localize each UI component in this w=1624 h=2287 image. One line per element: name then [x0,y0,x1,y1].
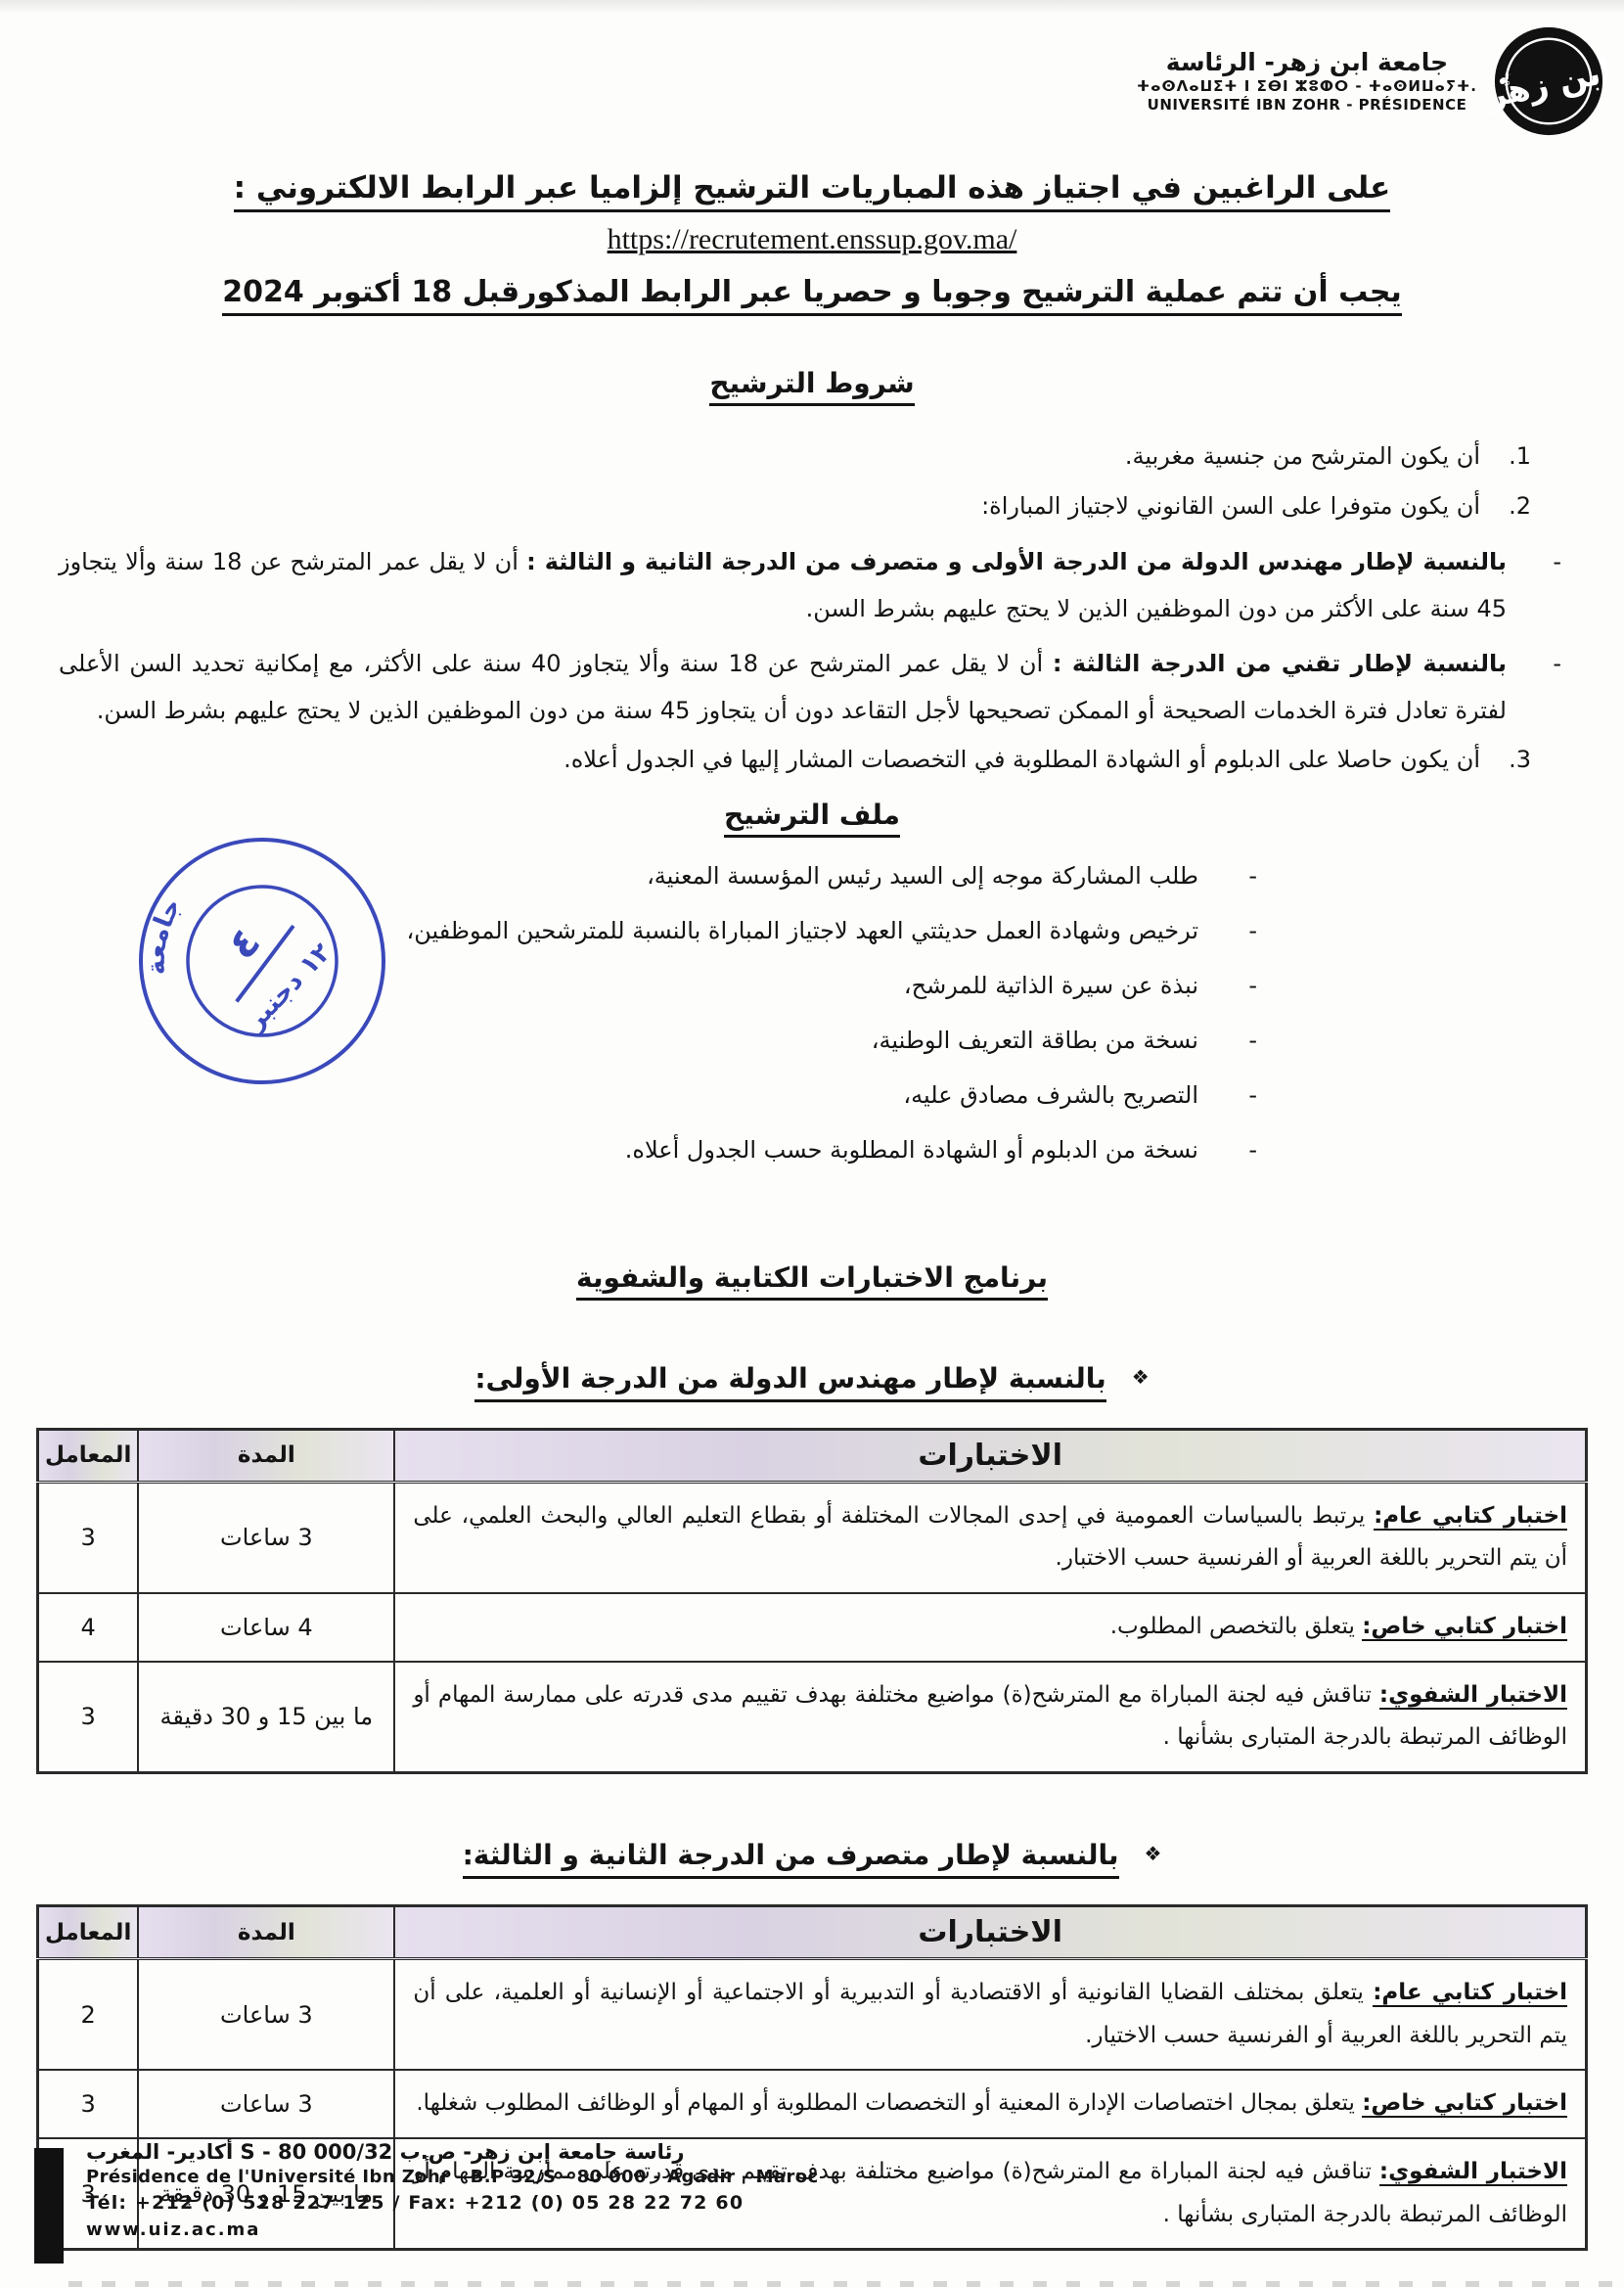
column-header-coefficient: المعامل [38,1906,139,1959]
table-row: اختبار كتابي خاص: يتعلق بالتخصص المطلوب.… [38,1593,1587,1662]
dossier-item-text: نسخة من بطاقة التعريف الوطنية، [872,1023,1198,1058]
blue-ink-stamp: جامعة ابن زهر ★ الرئاسة ★ ٤ ١٢ دجنبر [108,806,417,1116]
diamond-bullet-icon: ❖ [1145,1842,1162,1865]
test-coefficient: 4 [38,1593,139,1662]
program-subheading-engineer: ❖ بالنسبة لإطار مهندس الدولة من الدرجة ا… [0,1362,1624,1402]
scan-artifact-top [0,0,1624,14]
dash-marker: - [1198,1023,1257,1058]
dash-marker: - [1198,1077,1257,1113]
document-page: جامعة ابن زهر اكادير UNIVERSITE IBN ZOHR… [0,0,1624,2287]
test-coefficient: 3 [38,1482,139,1593]
table-row: اختبار كتابي عام: يرتبط بالسياسات العموم… [38,1482,1587,1593]
dash-marker: - [1198,1132,1257,1167]
column-header-duration: المدة [138,1906,394,1959]
deadline-heading: يجب أن تتم عملية الترشيح وجوبا و حصريا ع… [59,270,1565,314]
registration-link-line: https://recrutement.enssup.gov.ma/ [0,223,1624,256]
column-header-tests: الاختبارات [394,1429,1586,1482]
test-description: اختبار كتابي خاص: يتعلق بمجال اختصاصات ا… [394,2070,1586,2138]
dossier-item-text: التصريح بالشرف مصادق عليه، [903,1077,1198,1113]
test-description: اختبار كتابي خاص: يتعلق بالتخصص المطلوب. [394,1593,1586,1662]
table-header-row: الاختبارات المدة المعامل [38,1429,1587,1482]
dash-marker: - [1507,538,1565,632]
subitem-text: بالنسبة لإطار مهندس الدولة من الدرجة الأ… [59,538,1507,632]
test-coefficient: 3 [38,1662,139,1773]
exams-table-engineer: الاختبارات المدة المعامل اختبار كتابي عا… [36,1428,1588,1774]
main-heading: على الراغبين في اجتياز هذه المباريات الت… [59,170,1565,206]
footer-phone-fax: Tél: +212 (0) 528 227 125 / Fax: +212 (0… [86,2190,1025,2217]
page-footer: رئاسة جامعة إبن زهر- ص.ب 32/S - 80 000 أ… [0,2140,1624,2287]
column-header-coefficient: المعامل [38,1429,139,1482]
test-duration: 3 ساعات [138,1482,394,1593]
condition-item: 1. أن يكون المترشح من جنسية مغربية. [68,438,1531,475]
item-text: أن يكون حاصلا على الدبلوم أو الشهادة الم… [564,742,1480,778]
table-row: اختبار كتابي عام: يتعلق بمختلف القضايا ا… [38,1959,1587,2071]
item-text: أن يكون المترشح من جنسية مغربية. [1125,438,1480,475]
university-logo-text: جامعة ابن زهر- الرئاسة ⵜⴰⵙⴷⴰⵡⵉⵜ ⵏ ⵉⴱⵏ ⵣⵓ… [1137,49,1477,115]
item-number: 3. [1480,742,1531,778]
registration-link[interactable]: https://recrutement.enssup.gov.ma/ [608,223,1017,255]
dash-marker: - [1198,913,1257,948]
footer-address-french: Présidence de l'Université Ibn Zohr - B.… [86,2164,1025,2190]
dash-marker: - [1198,968,1257,1003]
test-duration: 4 ساعات [138,1593,394,1662]
condition-item: 3. أن يكون حاصلا على الدبلوم أو الشهادة … [68,742,1531,778]
logo-tifinagh-name: ⵜⴰⵙⴷⴰⵡⵉⵜ ⵏ ⵉⴱⵏ ⵣⵓⵀⵔ - ⵜⴰⵙⵍⵡⴰⵢⵜ. [1137,77,1477,97]
table-header-row: الاختبارات المدة المعامل [38,1906,1587,1959]
test-description: اختبار كتابي عام: يرتبط بالسياسات العموم… [394,1482,1586,1593]
university-logo-header: جامعة ابن زهر اكادير UNIVERSITE IBN ZOHR… [1137,22,1606,139]
dossier-item: - نسخة من الدبلوم أو الشهادة المطلوبة حس… [59,1132,1257,1167]
footer-address-arabic: رئاسة جامعة إبن زهر- ص.ب 32/S - 80 000 أ… [86,2140,1025,2164]
footer-black-bar [34,2148,64,2264]
university-seal-icon: جامعة ابن زهر اكادير UNIVERSITE IBN ZOHR… [1491,23,1606,139]
test-description: اختبار كتابي عام: يتعلق بمختلف القضايا ا… [394,1959,1586,2071]
dash-marker: - [1507,640,1565,734]
footer-website[interactable]: www.uiz.ac.ma [86,2217,1025,2243]
item-number: 2. [1480,488,1531,525]
condition-item: 2. أن يكون متوفرا على السن القانوني لاجت… [68,488,1531,525]
column-header-duration: المدة [138,1429,394,1482]
logo-arabic-name: جامعة ابن زهر- الرئاسة [1137,49,1477,77]
item-number: 1. [1480,438,1531,475]
table-row: اختبار كتابي خاص: يتعلق بمجال اختصاصات ا… [38,2070,1587,2138]
svg-text:٤: ٤ [217,917,269,968]
subitem-text: بالنسبة لإطار تقني من الدرجة الثالثة : أ… [59,640,1507,734]
test-duration: 3 ساعات [138,1959,394,2071]
scan-artifact-dots [68,2281,1614,2287]
dossier-item-text: طلب المشاركة موجه إلى السيد رئيس المؤسسة… [647,858,1198,893]
dossier-item-text: نبذة عن سيرة الذاتية للمرشح، [904,968,1198,1003]
dossier-item-text: ترخيص وشهادة العمل حديثتي العهد لاجتياز … [406,913,1198,948]
test-description: الاختبار الشفوي: تناقش فيه لجنة المباراة… [394,1662,1586,1773]
column-header-tests: الاختبارات [394,1906,1586,1959]
dash-marker: - [1198,858,1257,893]
item-text: أن يكون متوفرا على السن القانوني لاجتياز… [981,488,1480,525]
conditions-title: شروط الترشيح [0,367,1624,399]
test-duration: ما بين 15 و 30 دقيقة [138,1662,394,1773]
test-coefficient: 2 [38,1959,139,2071]
program-subheading-administrator: ❖ بالنسبة لإطار متصرف من الدرجة الثانية … [0,1839,1624,1879]
test-duration: 3 ساعات [138,2070,394,2138]
diamond-bullet-icon: ❖ [1132,1365,1150,1389]
logo-french-name: UNIVERSITÉ IBN ZOHR - PRÉSIDENCE [1137,96,1477,115]
condition-subitem: - بالنسبة لإطار تقني من الدرجة الثالثة :… [59,640,1565,734]
table-row: الاختبار الشفوي: تناقش فيه لجنة المباراة… [38,1662,1587,1773]
program-title: برنامج الاختبارات الكتابية والشفوية [0,1261,1624,1294]
dossier-item-text: نسخة من الدبلوم أو الشهادة المطلوبة حسب … [625,1132,1198,1167]
test-coefficient: 3 [38,2070,139,2138]
condition-subitem: - بالنسبة لإطار مهندس الدولة من الدرجة ا… [59,538,1565,632]
svg-text:جامعة ابن زهر ★ الرئاسة ★: جامعة ابن زهر ★ الرئاسة ★ [108,812,197,983]
